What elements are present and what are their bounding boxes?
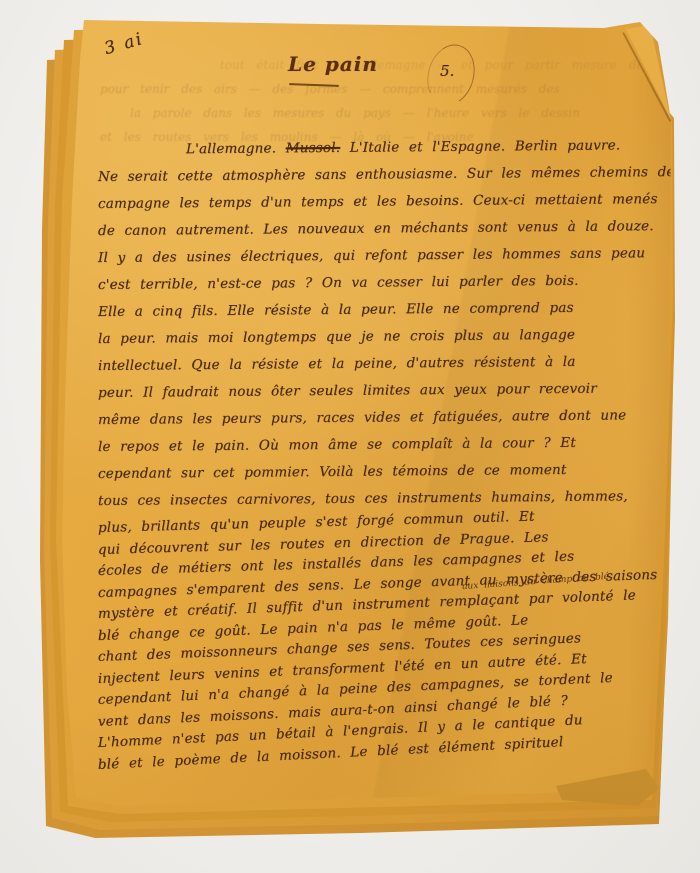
page-mark-number: 5. xyxy=(440,62,454,80)
photo-background: tout était fort — l'Allemagne — et pour … xyxy=(0,0,700,873)
manuscript-title: Le pain xyxy=(288,52,378,76)
ghost-line: la parole dans les mesures du pays — l'h… xyxy=(100,106,640,130)
manuscript-lines: L'allemagne. Mussol. L'Italie et l'Espag… xyxy=(98,142,643,778)
corner-note: 3 ai xyxy=(102,29,146,59)
top-sheet: tout était fort — l'Allemagne — et pour … xyxy=(0,0,700,873)
ghost-line: pour tenir des airs — des formes — compr… xyxy=(100,82,640,106)
